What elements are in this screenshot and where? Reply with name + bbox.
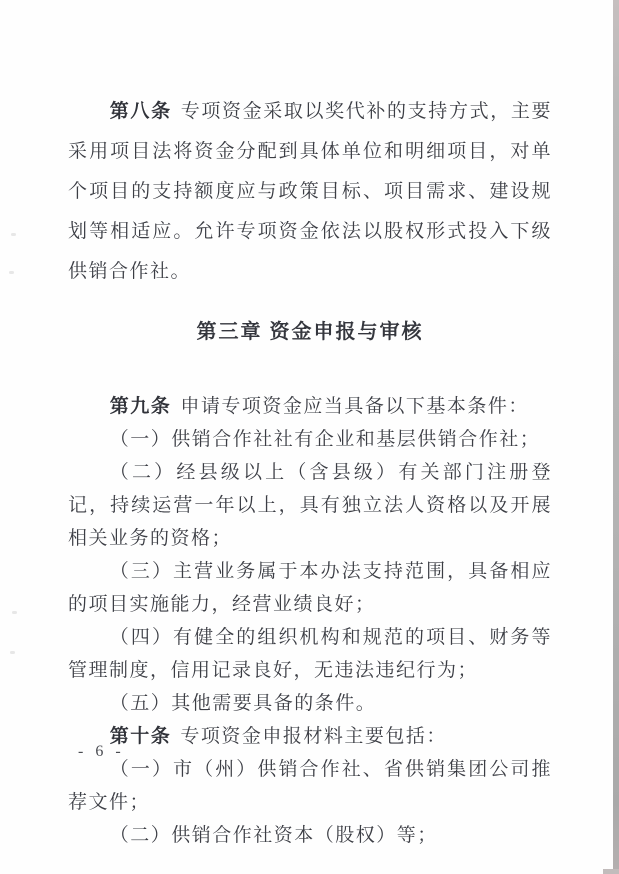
scan-artifact-dot	[9, 271, 14, 274]
article-10-lead: 第十条专项资金申报材料主要包括：	[68, 720, 552, 753]
article-9-text: 申请专项资金应当具备以下基本条件：	[180, 396, 529, 417]
article-9-item-2: （二）经县级以上（含县级）有关部门注册登记，持续运营一年以上，具有独立法人资格以…	[68, 456, 552, 555]
document-text-block: 第八条专项资金采取以奖代补的支持方式，主要采用项目法将资金分配到具体单位和明细项…	[68, 92, 552, 852]
article-9-section: 第九条申请专项资金应当具备以下基本条件： （一）供销合作社社有企业和基层供销合作…	[68, 390, 552, 852]
scan-shadow-right-edge	[613, 0, 619, 874]
article-9-item-3: （三）主营业务属于本办法支持范围，具备相应的项目实施能力，经营业绩良好；	[68, 555, 552, 621]
article-10-item-1: （一）市（州）供销合作社、省供销集团公司推荐文件；	[68, 753, 552, 819]
scan-artifact-dot	[11, 233, 16, 236]
article-9-item-4: （四）有健全的组织机构和规范的项目、财务等管理制度，信用记录良好，无违法违纪行为…	[68, 621, 552, 687]
article-9-item-5: （五）其他需要具备的条件。	[68, 687, 552, 720]
page-number: - 6 -	[78, 743, 125, 761]
article-9-label: 第九条	[110, 396, 172, 417]
scan-artifact-dot	[10, 651, 15, 654]
article-8-label: 第八条	[110, 101, 172, 122]
article-9-item-1: （一）供销合作社社有企业和基层供销合作社；	[68, 423, 552, 456]
scan-artifact-dot	[12, 611, 17, 614]
article-8-text: 专项资金采取以奖代补的支持方式，主要采用项目法将资金分配到具体单位和明细项目，对…	[68, 101, 552, 282]
scan-shadow-bottom-corner	[603, 869, 619, 874]
chapter-3-heading: 第三章 资金申报与审核	[68, 318, 552, 346]
article-8-paragraph: 第八条专项资金采取以奖代补的支持方式，主要采用项目法将资金分配到具体单位和明细项…	[68, 92, 552, 292]
article-9-lead: 第九条申请专项资金应当具备以下基本条件：	[68, 390, 552, 423]
article-10-text: 专项资金申报材料主要包括：	[180, 726, 447, 747]
article-10-item-2: （二）供销合作社资本（股权）等；	[68, 819, 552, 852]
document-page: 第八条专项资金采取以奖代补的支持方式，主要采用项目法将资金分配到具体单位和明细项…	[0, 0, 619, 874]
